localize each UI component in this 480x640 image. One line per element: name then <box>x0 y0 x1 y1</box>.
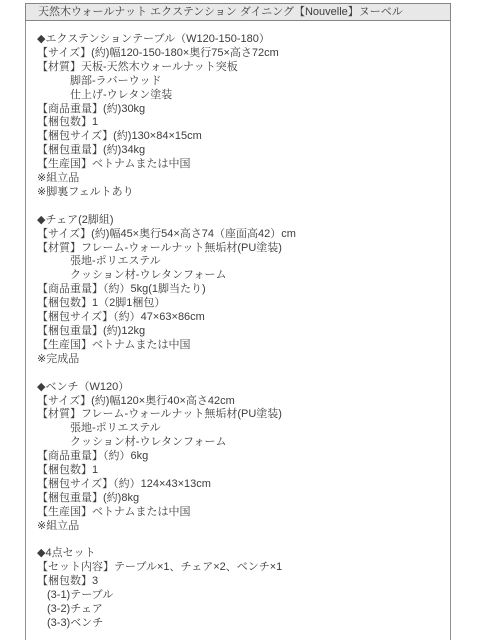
spec-line: 張地-ポリエステル <box>37 422 445 436</box>
spec-line: 【材質】フレーム-ウォールナット無垢材(PU塗装) <box>37 408 445 422</box>
spec-section: ◆ベンチ（W120）【サイズ】(約)幅120×奥行40×高さ42cm【材質】フレ… <box>37 381 445 534</box>
spec-line: 脚部-ラバーウッド <box>37 75 445 89</box>
spec-line: 【梱包重量】(約)12kg <box>37 325 445 339</box>
spec-line: 張地-ポリエステル <box>37 255 445 269</box>
section-heading: ◆ベンチ（W120） <box>37 381 445 395</box>
spec-section: ◆エクステンションテーブル（W120-150-180）【サイズ】(約)幅120-… <box>37 33 445 200</box>
spec-line: ※脚裏フェルトあり <box>37 186 445 200</box>
section-heading: ◆4点セット <box>37 547 445 561</box>
spec-line: 【梱包サイズ】（約）47×63×86cm <box>37 311 445 325</box>
spec-section: ◆チェア(2脚組)【サイズ】(約)幅45×奥行54×高さ74（座面高42）cm【… <box>37 214 445 367</box>
spec-section: ◆4点セット【セット内容】テーブル×1、チェア×2、ベンチ×1【梱包数】3(3-… <box>37 547 445 630</box>
spec-line: 【梱包数】3 <box>37 575 445 589</box>
spec-line: (3-3)ベンチ <box>37 617 445 631</box>
spec-line: 【生産国】ベトナムまたは中国 <box>37 339 445 353</box>
spec-line: 【梱包数】1 <box>37 464 445 478</box>
spec-line: ※組立品 <box>37 520 445 534</box>
spec-line: 【生産国】ベトナムまたは中国 <box>37 506 445 520</box>
section-heading: ◆チェア(2脚組) <box>37 214 445 228</box>
spec-line: クッション材-ウレタンフォーム <box>37 436 445 450</box>
spec-line: 【商品重量】（約）5kg(1脚当たり) <box>37 283 445 297</box>
spec-line: 【サイズ】(約)幅45×奥行54×高さ74（座面高42）cm <box>37 228 445 242</box>
spec-line: 【商品重量】（約）6kg <box>37 450 445 464</box>
spec-line: 【梱包重量】(約)34kg <box>37 144 445 158</box>
spec-line: 【材質】フレーム-ウォールナット無垢材(PU塗装) <box>37 242 445 256</box>
product-title: 天然木ウォールナット エクステンション ダイニング【Nouvelle】ヌーベル <box>26 4 403 20</box>
section-heading: ◆エクステンションテーブル（W120-150-180） <box>37 33 445 47</box>
spec-line: 【梱包サイズ】(約)130×84×15cm <box>37 130 445 144</box>
spec-line: 【梱包重量】(約)8kg <box>37 492 445 506</box>
spec-line: 【商品重量】(約)30kg <box>37 103 445 117</box>
spec-line: ※完成品 <box>37 353 445 367</box>
spec-line: (3-2)チェア <box>37 603 445 617</box>
spec-line: クッション材-ウレタンフォーム <box>37 269 445 283</box>
spec-line: 【セット内容】テーブル×1、チェア×2、ベンチ×1 <box>37 561 445 575</box>
spec-line: 【生産国】ベトナムまたは中国 <box>37 158 445 172</box>
spec-line: 【梱包数】1 <box>37 116 445 130</box>
spec-line: 仕上げ-ウレタン塗装 <box>37 89 445 103</box>
product-title-bar: 天然木ウォールナット エクステンション ダイニング【Nouvelle】ヌーベル <box>25 3 451 21</box>
spec-line: 【材質】天板-天然木ウォールナット突板 <box>37 61 445 75</box>
spec-line: 【梱包サイズ】（約）124×43×13cm <box>37 478 445 492</box>
spec-line: 【サイズ】(約)幅120×奥行40×高さ42cm <box>37 395 445 409</box>
spec-line: (3-1)テーブル <box>37 589 445 603</box>
spec-line: 【梱包数】1（2脚1梱包） <box>37 297 445 311</box>
spec-line: ※組立品 <box>37 172 445 186</box>
spec-line: 【サイズ】(約)幅120-150-180×奥行75×高さ72cm <box>37 47 445 61</box>
spec-sections: ◆エクステンションテーブル（W120-150-180）【サイズ】(約)幅120-… <box>37 33 445 631</box>
